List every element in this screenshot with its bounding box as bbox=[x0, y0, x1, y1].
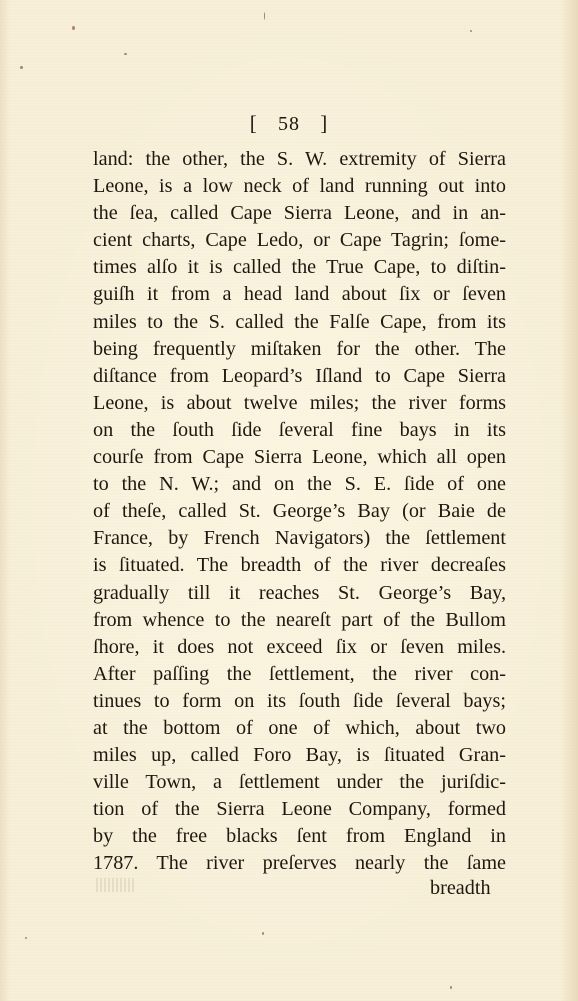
text-line: ville Town, a ſettlement under the juriſ… bbox=[93, 769, 506, 796]
text-line: tion of the Sierra Leone Company, formed bbox=[93, 796, 506, 823]
foxing-speck bbox=[264, 12, 265, 20]
foxing-speck bbox=[20, 66, 23, 69]
text-line: ſhore, it does not exceed ſix or ſeven m… bbox=[93, 634, 506, 661]
open-bracket: [ bbox=[250, 111, 258, 136]
close-bracket: ] bbox=[320, 111, 328, 136]
text-line: cient charts, Cape Ledo, or Cape Tagrin;… bbox=[93, 227, 506, 254]
text-line: the ſea, called Cape Sierra Leone, and i… bbox=[93, 200, 506, 227]
text-line: to the N. W.; and on the S. E. ſide of o… bbox=[93, 471, 506, 498]
text-line: land: the other, the S. W. extremity of … bbox=[93, 146, 506, 173]
foxing-speck bbox=[25, 937, 27, 939]
text-line: courſe from Cape Sierra Leone, which all… bbox=[93, 444, 506, 471]
text-line: times alſo it is called the True Cape, t… bbox=[93, 254, 506, 281]
foxing-speck bbox=[470, 30, 472, 32]
text-line: 1787. The river preſerves nearly the ſam… bbox=[93, 850, 506, 877]
show-through-text bbox=[96, 878, 136, 892]
body-text: land: the other, the S. W. extremity of … bbox=[93, 146, 506, 878]
page-number: 58 bbox=[278, 113, 300, 136]
page-edge-left bbox=[0, 0, 10, 1001]
text-line: France, by French Navigators) the ſettle… bbox=[93, 525, 506, 552]
foxing-speck bbox=[262, 932, 264, 935]
page-edge-right bbox=[560, 0, 578, 1001]
text-line: is ſituated. The breadth of the river de… bbox=[93, 552, 506, 579]
text-line: tinues to form on its ſouth ſide ſeveral… bbox=[93, 688, 506, 715]
text-line: miles to the S. called the Falſe Cape, f… bbox=[93, 309, 506, 336]
text-line: on the ſouth ſide ſeveral fine bays in i… bbox=[93, 417, 506, 444]
text-line: guiſh it from a head land about ſix or ſ… bbox=[93, 281, 506, 308]
text-line: at the bottom of one of which, about two bbox=[93, 715, 506, 742]
text-line: being frequently miſtaken for the other.… bbox=[93, 336, 506, 363]
text-line: miles up, called Foro Bay, is ſituated G… bbox=[93, 742, 506, 769]
text-line: Leone, is a low neck of land running out… bbox=[93, 173, 506, 200]
foxing-speck bbox=[72, 26, 75, 30]
foxing-speck bbox=[450, 986, 452, 989]
foxing-speck bbox=[124, 53, 127, 55]
text-line: by the free blacks ſent from England in bbox=[93, 823, 506, 850]
text-line: of theſe, called St. George’s Bay (or Ba… bbox=[93, 498, 506, 525]
text-line: from whence to the neareſt part of the B… bbox=[93, 607, 506, 634]
text-line: diſtance from Leopard’s Iſland to Cape S… bbox=[93, 363, 506, 390]
text-line: Leone, is about twelve miles; the river … bbox=[93, 390, 506, 417]
text-line: gradually till it reaches St. George’s B… bbox=[93, 580, 506, 607]
text-line: After paſſing the ſettlement, the river … bbox=[93, 661, 506, 688]
running-head: [ 58 ] bbox=[0, 111, 578, 136]
catchword: breadth bbox=[430, 877, 491, 900]
